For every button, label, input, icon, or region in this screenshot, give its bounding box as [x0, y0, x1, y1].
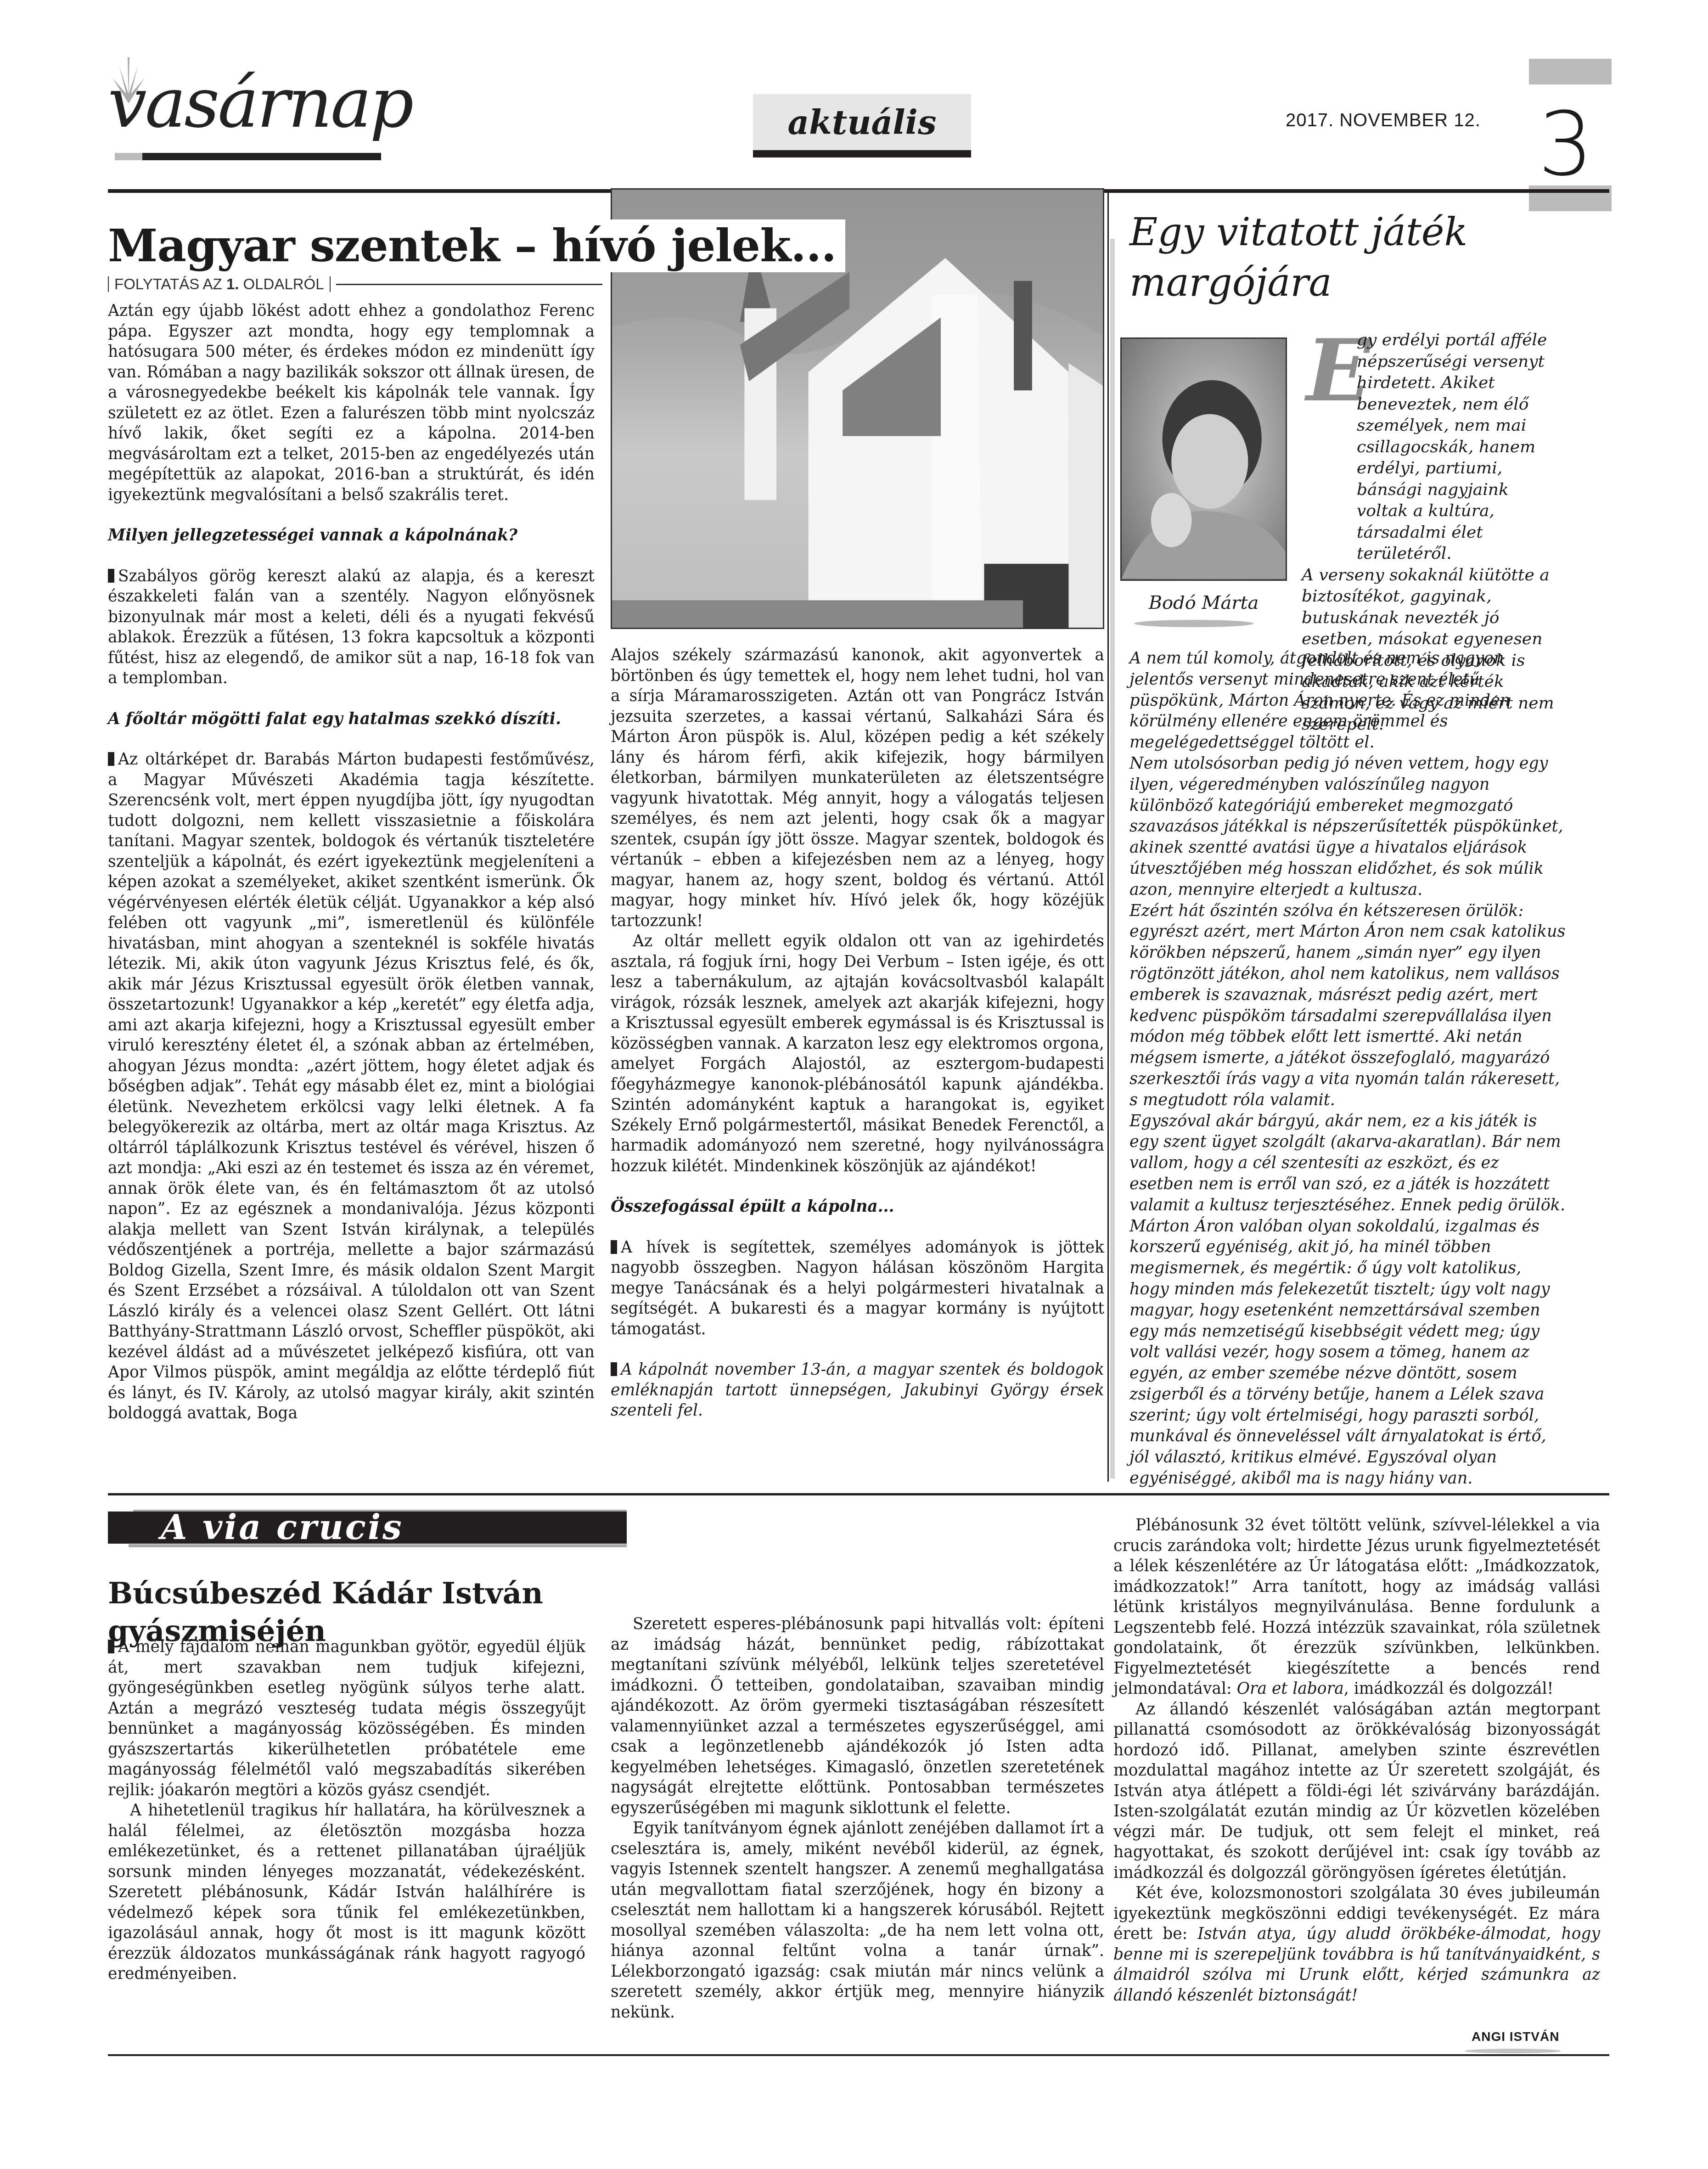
paragraph: Nem utolsósorban pedig jó néven vettem, …	[1129, 753, 1566, 901]
continuation-note[interactable]: FOLYTATÁS AZ 1. OLDALRÓL	[108, 275, 602, 293]
paragraph: Márton Áron valóban olyan sokoldalú, izg…	[1129, 1216, 1566, 1489]
column-divider	[1107, 189, 1109, 1482]
paragraph: Az oltár mellett egyik oldalon ott van a…	[611, 931, 1104, 1176]
article-headline: Magyar szentek – hívó jelek...	[108, 219, 845, 272]
paragraph: A nem túl komoly, átgondolt és nem is na…	[1129, 648, 1566, 753]
sidebar-accent-strip	[1110, 239, 1115, 1478]
bottom-divider	[108, 2054, 1609, 2056]
answer-marker-icon	[108, 752, 114, 766]
continuation-bar-right	[330, 276, 331, 292]
opinion-body: A nem túl komoly, átgondolt és nem is na…	[1129, 648, 1566, 1489]
bottom-column-3: Plébánosunk 32 évet töltött velünk, szív…	[1113, 1515, 1600, 2006]
closing-note: A kápolnát november 13-án, a magyar szen…	[611, 1360, 1104, 1421]
author-portrait	[1120, 337, 1287, 581]
paragraph: Alajos székely származású kanonok, akit …	[611, 645, 1104, 931]
paragraph: Ezért hát őszintén szólva én kétszeresen…	[1129, 901, 1566, 1111]
author-caption: Bodó Márta	[1120, 592, 1287, 613]
interview-question: Milyen jellegzetességei vannak a kápolná…	[108, 525, 595, 546]
paragraph: A hívek is segítettek, személyes adomány…	[611, 1237, 1104, 1340]
portrait-illustration-icon	[1122, 339, 1286, 579]
continuation-suffix: OLDALRÓL	[239, 275, 324, 292]
continuation-line	[336, 284, 602, 285]
paragraph: Két éve, kolozsmonostori szolgálata 30 é…	[1113, 1883, 1600, 2006]
bottom-column-2: Szeretett esperes-plébánosunk papi hitva…	[611, 1614, 1104, 2023]
paragraph: Egyszóval akár bárgyú, akár nem, ez a ki…	[1129, 1111, 1566, 1216]
paragraph: Szeretett esperes-plébánosunk papi hitva…	[611, 1614, 1104, 1818]
section-label[interactable]: aktuális	[753, 94, 971, 157]
main-article-column-1: Aztán egy újabb lökést adott ehhez a gon…	[108, 301, 595, 1424]
paragraph: A hihetetlenül tragikus hír hallatára, h…	[108, 1800, 585, 1984]
logo-underline-accent	[115, 153, 142, 160]
interview-question: A főoltár mögötti falat egy hatalmas sze…	[108, 709, 595, 730]
rubric-banner: A via crucis zarándoka	[108, 1512, 627, 1544]
lead-marker-icon	[108, 1640, 114, 1653]
bottom-column-1: A mély fájdalom némán magunkban gyötör, …	[108, 1637, 585, 1984]
author-signature: ANGI ISTVÁN	[1472, 2029, 1559, 2044]
masthead-logo[interactable]: vasárnap	[108, 69, 412, 138]
paragraph: Szabályos görög kereszt alakú az alapja,…	[108, 566, 595, 689]
main-article-column-2: Alajos székely származású kanonok, akit …	[611, 645, 1104, 1421]
paragraph: Plébánosunk 32 évet töltött velünk, szív…	[1113, 1515, 1600, 1699]
continuation-bar-left	[108, 276, 109, 292]
paragraph: A mély fájdalom némán magunkban gyötör, …	[108, 1637, 585, 1800]
continuation-prefix: FOLYTATÁS AZ	[114, 275, 226, 292]
paragraph: Az állandó készenlét valóságában aztán m…	[1113, 1699, 1600, 1883]
caption-shadow	[1134, 620, 1253, 627]
logo-underline	[115, 153, 381, 160]
banner-shadow-bottom	[129, 1544, 627, 1547]
paragraph: Az oltárképet dr. Barabás Márton budapes…	[108, 749, 595, 1424]
interview-question: Összefogással épült a kápolna...	[611, 1197, 1104, 1217]
signature-shadow	[1465, 2049, 1561, 2053]
paragraph: Egyik tanítványom égnek ajánlott zenéjéb…	[611, 1818, 1104, 2023]
issue-date: 2017. NOVEMBER 12.	[1286, 110, 1481, 131]
page-number-bar-top	[1529, 59, 1612, 84]
continuation-page: 1.	[226, 275, 239, 292]
answer-marker-icon	[611, 1240, 617, 1254]
middle-divider	[108, 1493, 1609, 1495]
answer-marker-icon	[611, 1362, 617, 1376]
paragraph: Aztán egy újabb lökést adott ehhez a gon…	[108, 301, 595, 505]
opinion-title: Egy vitatott játék margójára	[1129, 207, 1566, 308]
answer-marker-icon	[108, 569, 114, 583]
